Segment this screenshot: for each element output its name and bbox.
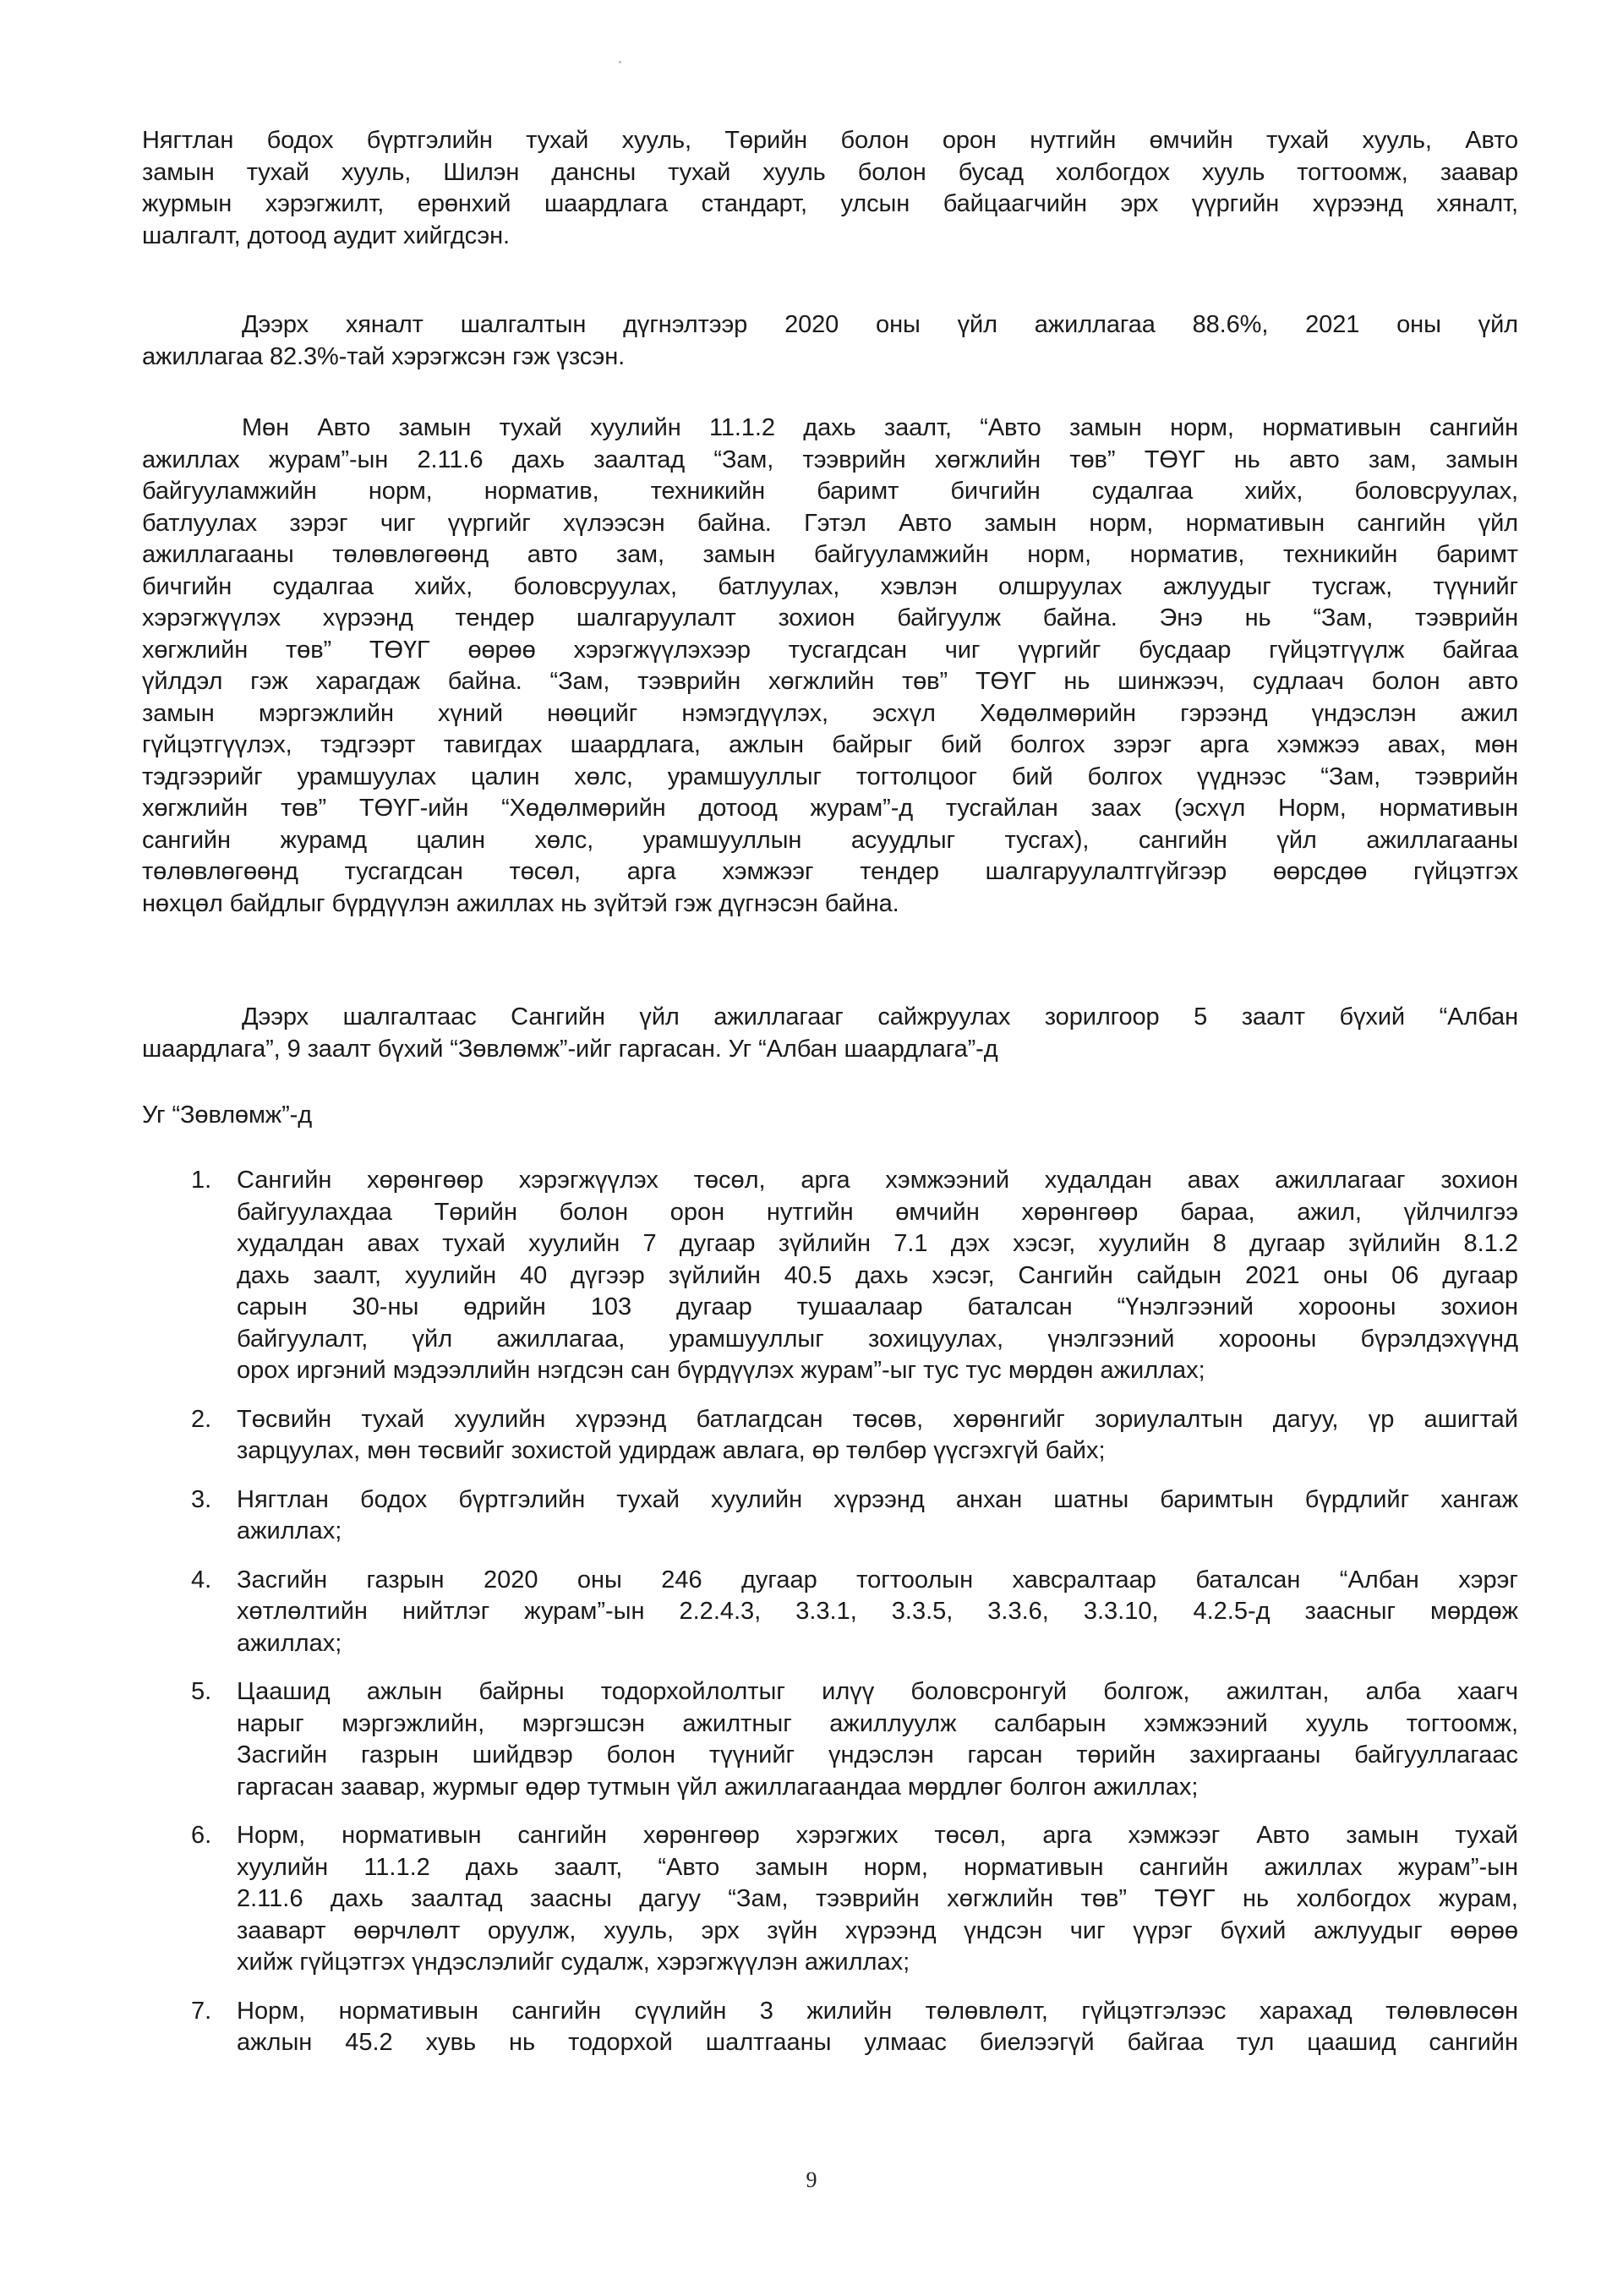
recommendation-number: 4. [191, 1565, 211, 1597]
recommendation-line: нарыг мэргэжлийн, мэргэшсэн ажилтныг ажи… [237, 1708, 1518, 1741]
recommendation-line: орох иргэний мэдээллийн нэгдсэн сан бүрд… [237, 1355, 1518, 1387]
paragraph-line: байгууламжийн норм, норматив, техникийн … [142, 476, 1518, 508]
recommendation-item: 7.Норм, нормативын сангийн сүүлийн 3 жил… [191, 1996, 1518, 2059]
recommendation-item: 3.Нягтлан бодох бүртгэлийн тухай хуулийн… [191, 1484, 1518, 1548]
recommendation-line: байгуулалт, үйл ажиллагаа, урамшууллыг з… [237, 1324, 1518, 1356]
recommendation-number: 3. [191, 1484, 211, 1517]
recommendations-heading: Уг “Зөвлөмж”-д [142, 1100, 1518, 1132]
paragraph-line: нөхцөл байдлыг бүрдүүлэн ажиллах нь зүйт… [142, 888, 1518, 921]
paragraph-road-fund-findings: Мөн Авто замын тухай хуулийн 11.1.2 дахь… [142, 413, 1518, 920]
document-page: Нягтлан бодох бүртгэлийн тухай хууль, Тө… [0, 0, 1623, 2296]
recommendation-line: Норм, нормативын сангийн хөрөнгөөр хэрэг… [237, 1820, 1518, 1852]
recommendation-number: 1. [191, 1165, 211, 1197]
paragraph-line: Мөн Авто замын тухай хуулийн 11.1.2 дахь… [142, 413, 1518, 445]
recommendation-item: 4.Засгийн газрын 2020 оны 246 дугаар тог… [191, 1565, 1518, 1660]
paragraph-audit-conclusion: Дээрх хяналт шалгалтын дүгнэлтээр 2020 о… [142, 309, 1518, 373]
paragraph-line: журмын хэрэгжилт, ерөнхий шаардлага стан… [142, 189, 1518, 221]
recommendation-line: худалдан авах тухай хуулийн 7 дугаар зүй… [237, 1228, 1518, 1260]
paragraph-line: замын мэргэжлийн хүний нөөцийг нэмэгдүүл… [142, 698, 1518, 730]
paragraph-line: төлөвлөгөөнд тусгагдсан төсөл, арга хэмж… [142, 856, 1518, 888]
recommendation-number: 2. [191, 1404, 211, 1436]
paragraph-line: замын тухай хууль, Шилэн дансны тухай ху… [142, 157, 1518, 189]
recommendation-line: Цаашид ажлын байрны тодорхойлолтыг илүү … [237, 1676, 1518, 1708]
recommendation-line: ажиллах; [237, 1628, 1518, 1660]
paragraph-line: ажиллагаа 82.3%-тай хэрэгжсэн гэж үзсэн. [142, 342, 1518, 374]
recommendation-line: зарцуулах, мөн төсвийг зохистой удирдаж … [237, 1435, 1518, 1468]
recommendation-item: 6.Норм, нормативын сангийн хөрөнгөөр хэр… [191, 1820, 1518, 1979]
recommendation-item: 1.Сангийн хөрөнгөөр хэрэгжүүлэх төсөл, а… [191, 1165, 1518, 1387]
recommendation-line: гаргасан заавар, журмыг өдөр тутмын үйл … [237, 1772, 1518, 1804]
paragraph-line: сангийн журамд цалин хөлс, урамшууллын а… [142, 825, 1518, 857]
recommendation-line: Засгийн газрын 2020 оны 246 дугаар тогто… [237, 1565, 1518, 1597]
paragraph-line: үйлдэл гэж харагдаж байна. “Зам, тээврий… [142, 666, 1518, 698]
recommendation-line: ажиллах; [237, 1516, 1518, 1548]
paragraph-line: хөгжлийн төв” ТӨҮГ-ийн “Хөдөлмөрийн дото… [142, 793, 1518, 825]
paragraph-line: Нягтлан бодох бүртгэлийн тухай хууль, Тө… [142, 125, 1518, 157]
paragraph-requirements-issued: Дээрх шалгалтаас Сангийн үйл ажиллагааг … [142, 1002, 1518, 1065]
recommendation-line: 2.11.6 дахь заалтад заасны дагуу “Зам, т… [237, 1883, 1518, 1916]
paragraph-line: Дээрх шалгалтаас Сангийн үйл ажиллагааг … [142, 1002, 1518, 1034]
paragraph-line: Дээрх хяналт шалгалтын дүгнэлтээр 2020 о… [142, 309, 1518, 342]
paragraph-line: шаардлага”, 9 заалт бүхий “Зөвлөмж”-ийг … [142, 1034, 1518, 1066]
recommendation-number: 7. [191, 1996, 211, 2028]
recommendation-line: зааварт өөрчлөлт оруулж, хууль, эрх зүйн… [237, 1916, 1518, 1948]
paragraph-line: тэдгээрийг урамшуулах цалин хөлс, урамшу… [142, 762, 1518, 794]
recommendation-line: Нягтлан бодох бүртгэлийн тухай хуулийн х… [237, 1484, 1518, 1517]
scan-speck [619, 61, 621, 63]
paragraph-line: ажиллах журам”-ын 2.11.6 дахь заалтад “З… [142, 445, 1518, 477]
recommendation-line: сарын 30-ны өдрийн 103 дугаар тушаалаар … [237, 1292, 1518, 1324]
paragraph-line: гүйцэтгүүлэх, тэдгээрт тавигдах шаардлаг… [142, 730, 1518, 762]
paragraph-line: хөгжлийн төв” ТӨҮГ өөрөө хэрэгжүүлэхээр … [142, 635, 1518, 667]
page-number: 9 [0, 2168, 1623, 2193]
recommendation-line: ажлын 45.2 хувь нь тодорхой шалтгааны ул… [237, 2027, 1518, 2059]
paragraph-line: батлуулах зэрэг чиг үүргийг хүлээсэн бай… [142, 508, 1518, 540]
recommendation-line: хийж гүйцэтгэх үндэслэлийг судалж, хэрэг… [237, 1947, 1518, 1979]
recommendation-line: байгуулахдаа Төрийн болон орон нутгийн ө… [237, 1197, 1518, 1229]
recommendation-line: хуулийн 11.1.2 дахь заалт, “Авто замын н… [237, 1852, 1518, 1884]
recommendation-line: Норм, нормативын сангийн сүүлийн 3 жилий… [237, 1996, 1518, 2028]
recommendation-line: Төсвийн тухай хуулийн хүрээнд батлагдсан… [237, 1404, 1518, 1436]
recommendation-item: 2.Төсвийн тухай хуулийн хүрээнд батлагдс… [191, 1404, 1518, 1468]
paragraph-audit-scope: Нягтлан бодох бүртгэлийн тухай хууль, Тө… [142, 125, 1518, 252]
paragraph-line: бичгийн судалгаа хийх, боловсруулах, бат… [142, 571, 1518, 604]
recommendation-line: хөтлөлтийн нийтлэг журам”-ын 2.2.4.3, 3.… [237, 1596, 1518, 1628]
recommendation-line: Сангийн хөрөнгөөр хэрэгжүүлэх төсөл, арг… [237, 1165, 1518, 1197]
recommendation-line: дахь заалт, хуулийн 40 дүгээр зүйлийн 40… [237, 1260, 1518, 1293]
recommendation-number: 6. [191, 1820, 211, 1852]
recommendation-line: Засгийн газрын шийдвэр болон түүнийг үнд… [237, 1740, 1518, 1772]
paragraph-line: хэрэгжүүлэх хүрээнд тендер шалгаруулалт … [142, 603, 1518, 635]
paragraph-line: Уг “Зөвлөмж”-д [142, 1100, 1518, 1132]
paragraph-line: ажиллагааны төлөвлөгөөнд авто зам, замын… [142, 539, 1518, 571]
recommendations-list: 1.Сангийн хөрөнгөөр хэрэгжүүлэх төсөл, а… [191, 1165, 1518, 2076]
recommendation-item: 5.Цаашид ажлын байрны тодорхойлолтыг илү… [191, 1676, 1518, 1803]
paragraph-line: шалгалт, дотоод аудит хийгдсэн. [142, 221, 1518, 253]
recommendation-number: 5. [191, 1676, 211, 1708]
